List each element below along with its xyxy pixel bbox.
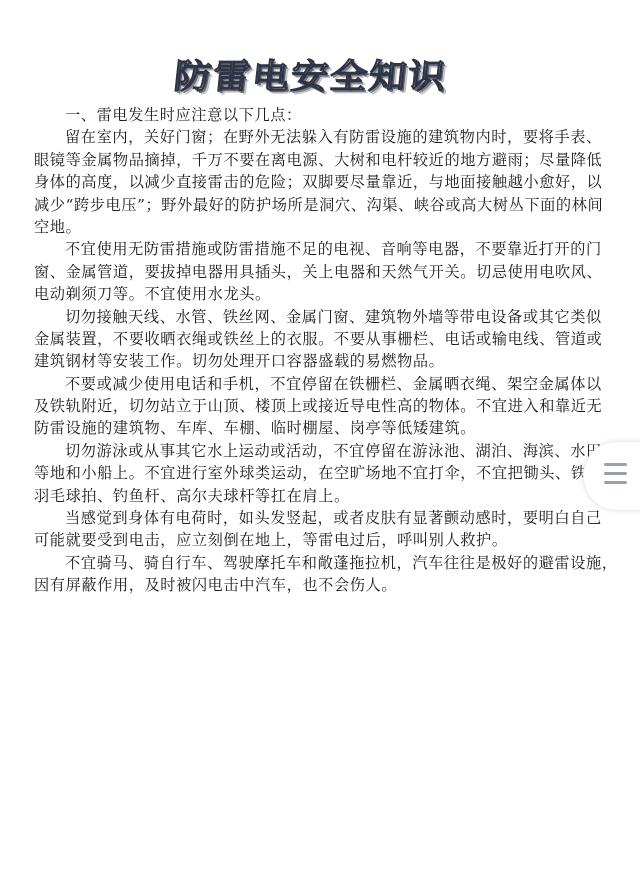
paragraph-line: 留在室内，关好门窗；在野外无法躲入有防雷设施的建筑物内时，要将手表、 [34, 126, 594, 148]
paragraph-line: 等地和小船上。不宜进行室外球类运动，在空旷场地不宜打伞，不宜把锄头、铁锹、 [34, 462, 594, 484]
paragraph-line: 减少“跨步电压”；野外最好的防护场所是洞穴、沟渠、峡谷或高大树丛下面的林间 [34, 194, 594, 216]
section-heading: 一、雷电发生时应注意以下几点： [34, 104, 594, 126]
hamburger-menu-icon [604, 463, 627, 466]
paragraph: 切勿接触天线、水管、铁丝网、金属门窗、建筑物外墙等带电设备或其它类似 金属装置，… [34, 306, 594, 373]
paragraph-line: 身体的高度，以减少直接雷击的危险；双脚要尽量靠近，与地面接触越小愈好，以 [34, 171, 594, 193]
paragraph-line: 电动剃须刀等。不宜使用水龙头。 [34, 283, 594, 305]
hamburger-menu-icon [604, 481, 627, 484]
paragraph: 留在室内，关好门窗；在野外无法躲入有防雷设施的建筑物内时，要将手表、 眼镜等金属… [34, 126, 594, 238]
paragraph: 当感觉到身体有电荷时，如头发竖起，或者皮肤有显著颤动感时，要明白自己 可能就要受… [34, 507, 594, 552]
paragraph-line: 不宜使用无防雷措施或防雷措施不足的电视、音响等电器，不要靠近打开的门 [34, 238, 594, 260]
paragraph: 不宜骑马、骑自行车、驾驶摩托车和敞蓬拖拉机，汽车往往是极好的避雷设施， 因有屏蔽… [34, 552, 594, 597]
paragraph: 切勿游泳或从事其它水上运动或活动，不宜停留在游泳池、湖泊、海滨、水田 等地和小船… [34, 440, 594, 507]
paragraph-line: 羽毛球拍、钓鱼杆、高尔夫球杆等扛在肩上。 [34, 485, 594, 507]
paragraph-line: 空地。 [34, 216, 594, 238]
paragraph-line: 金属装置，不要收晒衣绳或铁丝上的衣服。不要从事栅栏、电话或输电线、管道或 [34, 328, 594, 350]
hamburger-menu-icon [604, 472, 627, 475]
document-body: 一、雷电发生时应注意以下几点： 留在室内，关好门窗；在野外无法躲入有防雷设施的建… [34, 104, 594, 597]
title-banner: 防雷电安全知识 [145, 55, 475, 99]
paragraph-line: 防雷设施的建筑物、车库、车棚、临时棚屋、岗亭等低矮建筑。 [34, 417, 594, 439]
paragraph-line: 不宜骑马、骑自行车、驾驶摩托车和敞蓬拖拉机，汽车往往是极好的避雷设施， [34, 552, 594, 574]
paragraph-line: 切勿游泳或从事其它水上运动或活动，不宜停留在游泳池、湖泊、海滨、水田 [34, 440, 594, 462]
paragraph: 不要或减少使用电话和手机，不宜停留在铁栅栏、金属晒衣绳、架空金属体以 及铁轨附近… [34, 373, 594, 440]
paragraph: 不宜使用无防雷措施或防雷措施不足的电视、音响等电器，不要靠近打开的门 窗、金属管… [34, 238, 594, 305]
paragraph-line: 及铁轨附近，切勿站立于山顶、楼顶上或接近导电性高的物体。不宜进入和靠近无 [34, 395, 594, 417]
paragraph-line: 建筑钢材等安装工作。切勿处理开口容器盛载的易燃物品。 [34, 350, 594, 372]
paragraph-line: 切勿接触天线、水管、铁丝网、金属门窗、建筑物外墙等带电设备或其它类似 [34, 306, 594, 328]
paragraph-line: 眼镜等金属物品摘掉，千万不要在离电源、大树和电杆较近的地方避雨；尽量降低 [34, 149, 594, 171]
paragraph-line: 因有屏蔽作用，及时被闪电击中汽车，也不会伤人。 [34, 574, 594, 596]
document-page: 防雷电安全知识 一、雷电发生时应注意以下几点： 留在室内，关好门窗；在野外无法躲… [0, 0, 640, 887]
document-title: 防雷电安全知识 [171, 57, 448, 97]
paragraph-line: 可能就要受到电击，应立刻倒在地上，等雷电过后，呼叫别人救护。 [34, 529, 594, 551]
paragraph-line: 不要或减少使用电话和手机，不宜停留在铁栅栏、金属晒衣绳、架空金属体以 [34, 373, 594, 395]
paragraph-line: 当感觉到身体有电荷时，如头发竖起，或者皮肤有显著颤动感时，要明白自己 [34, 507, 594, 529]
floating-menu-button[interactable] [583, 441, 640, 511]
paragraph-line: 窗、金属管道，要拔掉电器用具插头，关上电器和天然气开关。切忌使用电吹风、 [34, 261, 594, 283]
